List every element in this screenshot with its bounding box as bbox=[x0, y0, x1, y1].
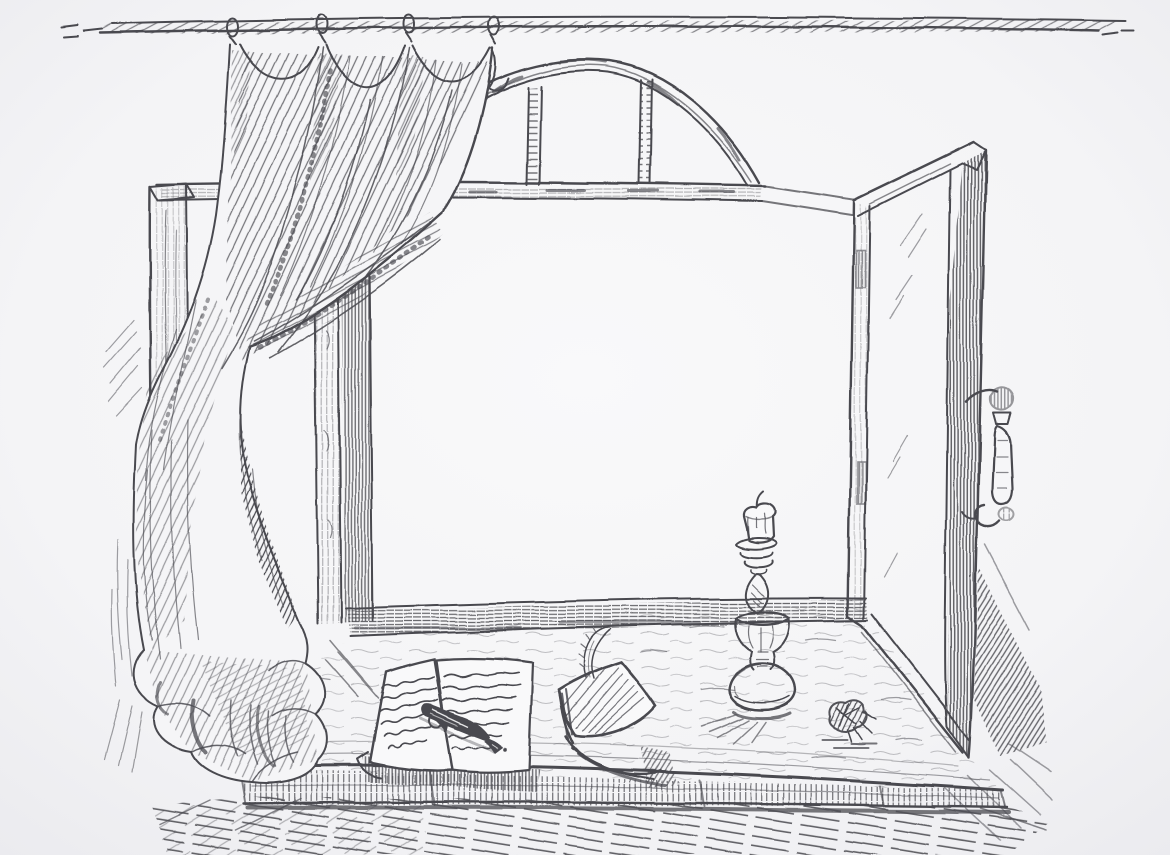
ground-shadow bbox=[152, 796, 1050, 855]
sash-hinge-top bbox=[856, 250, 865, 288]
handle-knob bbox=[990, 388, 1013, 410]
frame-mullion-right bbox=[639, 79, 652, 184]
handle-grip bbox=[992, 426, 1012, 504]
sketch-open-window bbox=[0, 0, 1170, 855]
frame-mullion-left bbox=[527, 86, 542, 184]
candle-stub bbox=[744, 503, 775, 542]
handle-ball bbox=[999, 508, 1014, 521]
sash-hinge-bottom bbox=[857, 462, 866, 504]
